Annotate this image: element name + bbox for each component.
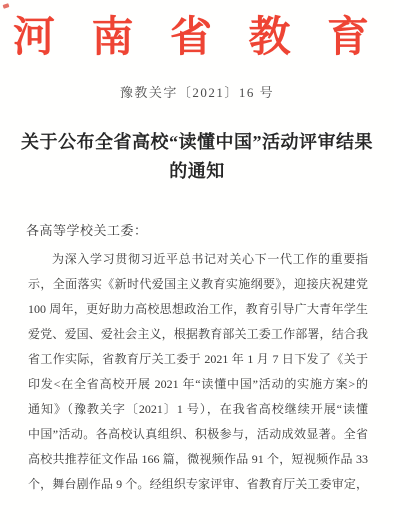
document-title-line2: 的通知 bbox=[12, 157, 382, 186]
body-line: 高校共推荐征文作品 166 篇，微视频作品 91 个，短视频作品 33 bbox=[28, 447, 368, 472]
salutation: 各高等学校关工委： bbox=[26, 220, 394, 239]
document-title: 关于公布全省高校“读懂中国”活动评审结果 的通知 bbox=[12, 128, 382, 186]
document-title-line1: 关于公布全省高校“读懂中国”活动评审结果 bbox=[12, 128, 382, 157]
body-line: 100 周年，更好助力高校思想政治工作，教育引导广大青年学生 bbox=[28, 297, 368, 322]
body-line: 示，全面落实《新时代爱国主义教育实施纲要》，迎接庆祝建党 bbox=[28, 272, 368, 297]
body-line: 印发<在全省高校开展 2021 年“读懂中国”活动的实施方案>的 bbox=[28, 372, 368, 397]
document-number: 豫教关字〔2021〕16 号 bbox=[0, 82, 394, 101]
document-page: 河 南 省 教 育 厅 豫教关字〔2021〕16 号 关于公布全省高校“读懂中国… bbox=[0, 0, 394, 524]
body-line: 省工作实际，省教育厅关工委于 2021 年 1 月 7 日下发了《关于 bbox=[28, 347, 368, 372]
body-paragraph: 为深入学习贯彻习近平总书记对关心下一代工作的重要指 示，全面落实《新时代爱国主义… bbox=[28, 247, 368, 497]
body-line: 中国”活动。各高校认真组织、积极参与，活动成效显著。全省 bbox=[28, 422, 368, 447]
body-line: 爱党、爱国、爱社会主义，根据教育部关工委工作部署，结合我 bbox=[28, 322, 368, 347]
agency-header: 河 南 省 教 育 厅 bbox=[0, 0, 394, 62]
body-line: 个，舞台剧作品 9 个。经组织专家评审、省教育厅关工委审定， bbox=[28, 472, 368, 497]
body-line: 为深入学习贯彻习近平总书记对关心下一代工作的重要指 bbox=[28, 247, 368, 272]
body-line: 通知》（豫教关字〔2021〕1 号），在我省高校继续开展“读懂 bbox=[28, 397, 368, 422]
